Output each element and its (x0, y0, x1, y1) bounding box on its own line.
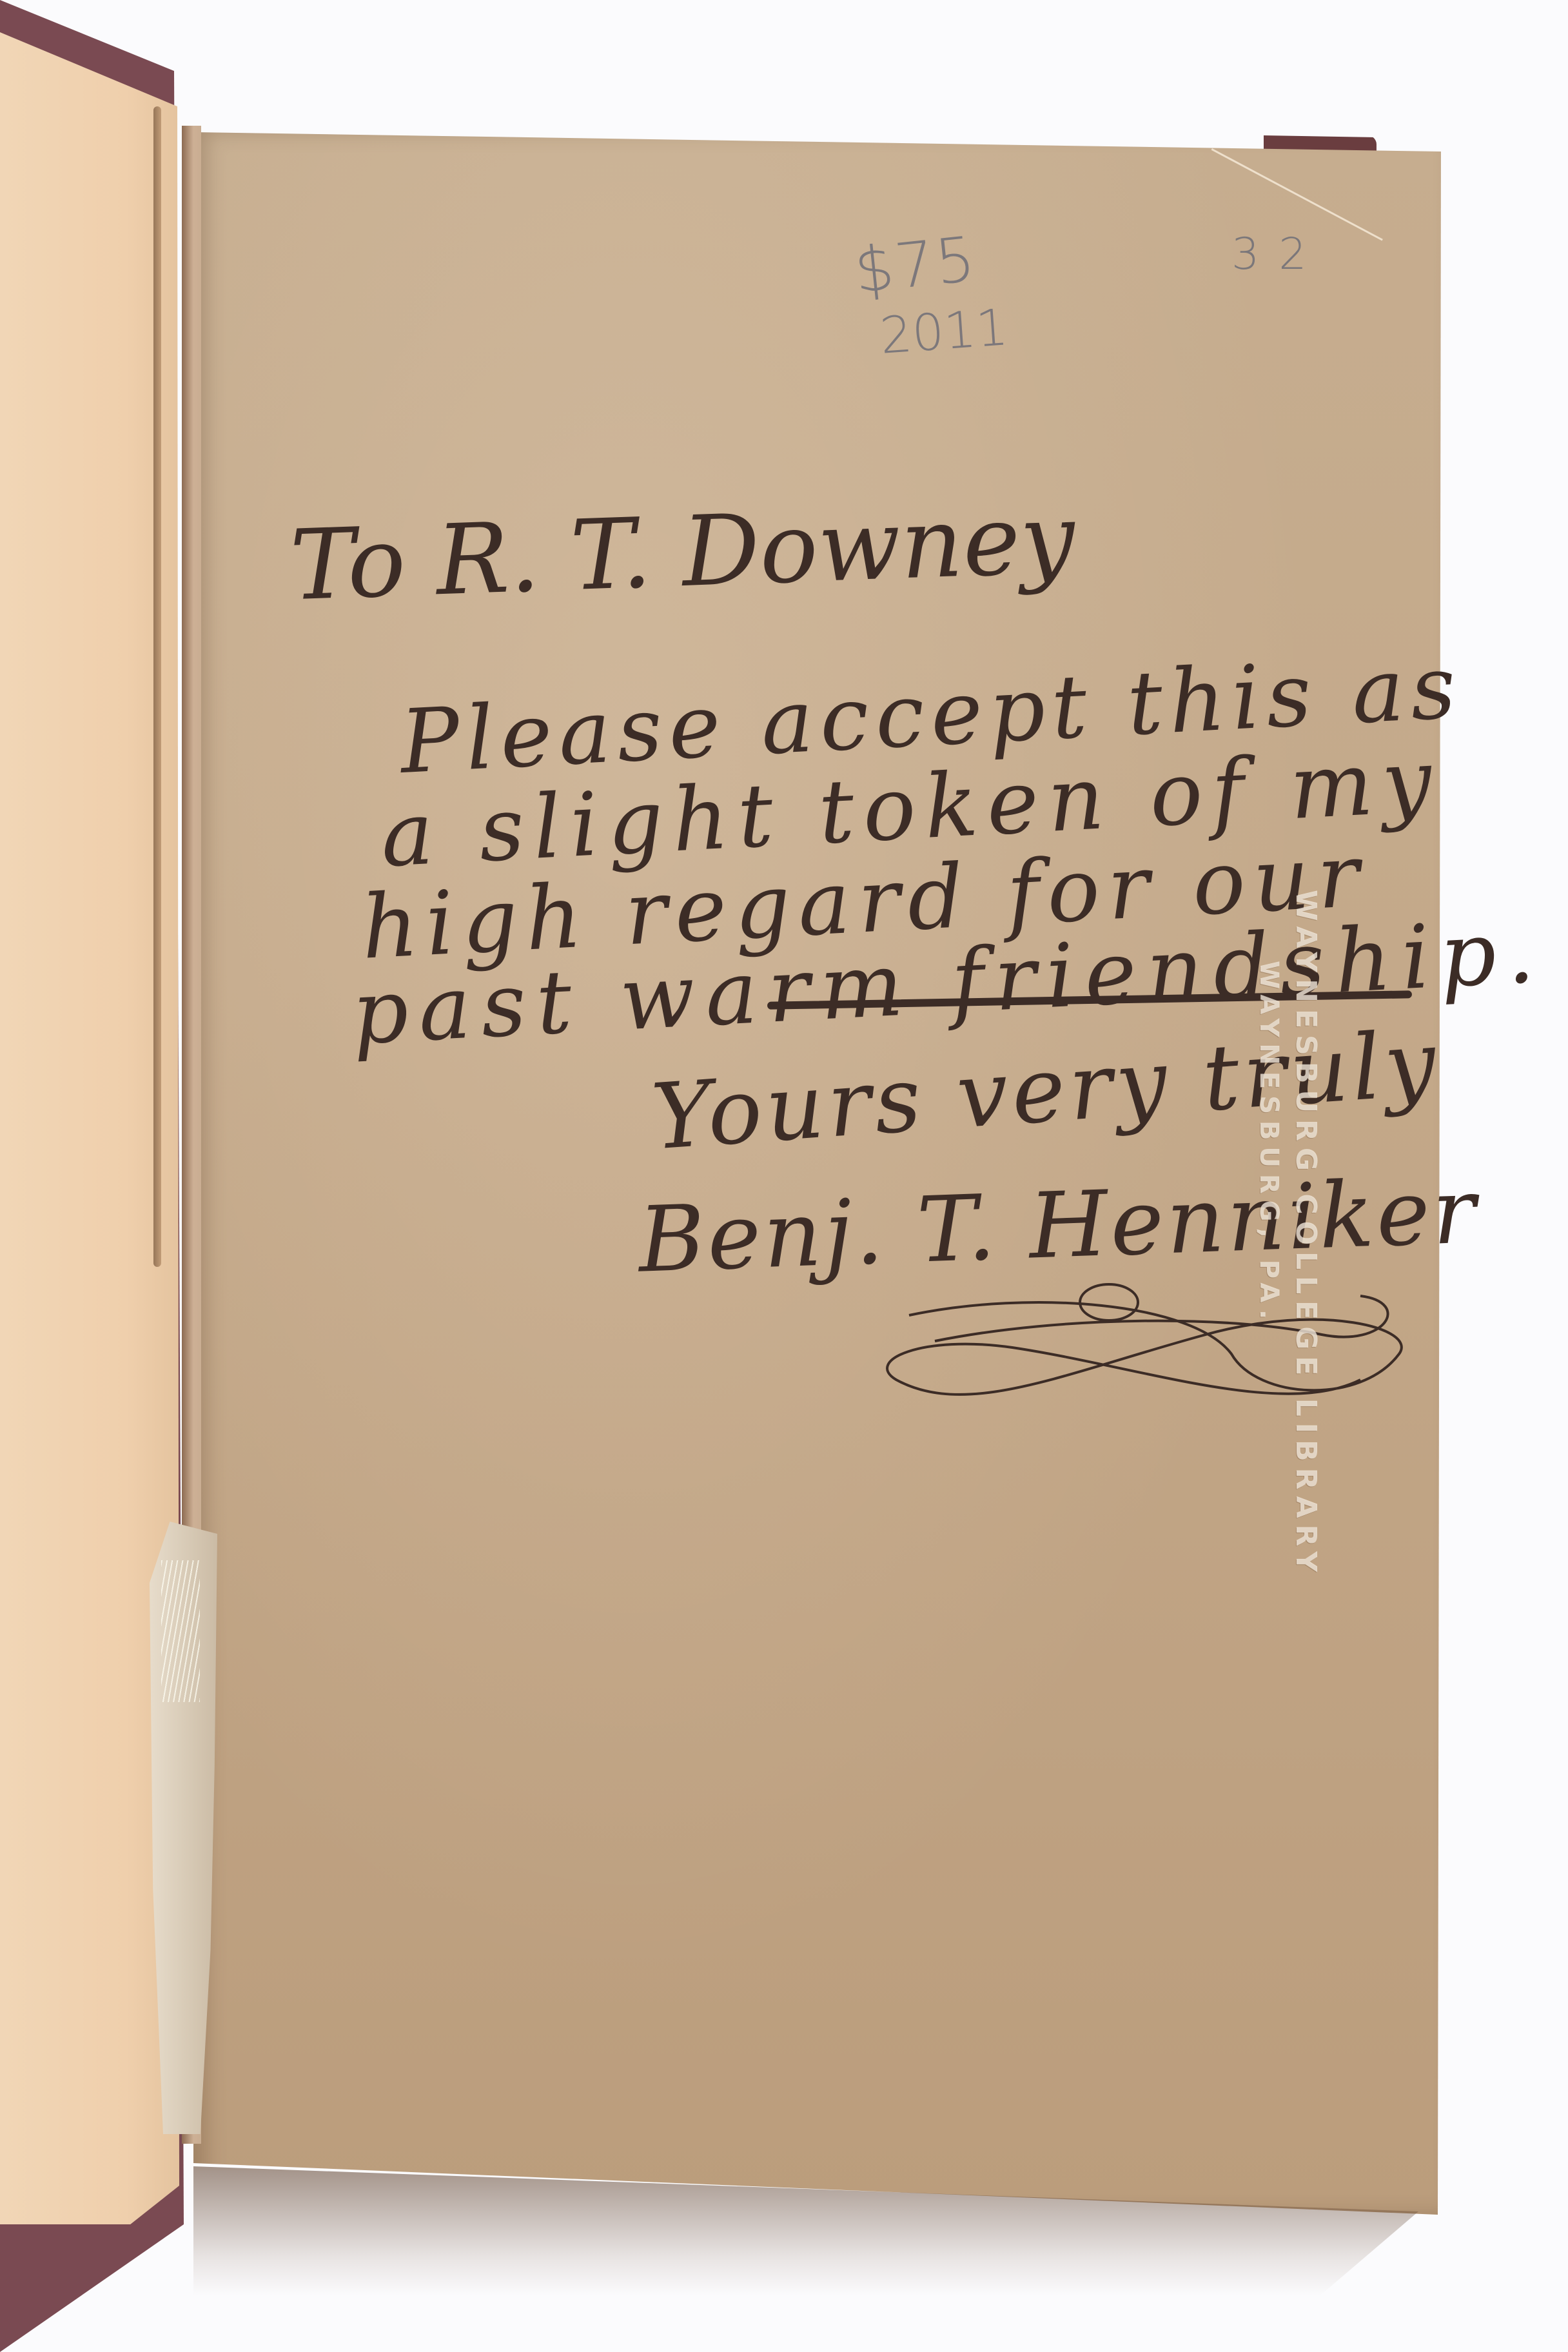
hinge-tear (153, 106, 161, 1267)
exposed-binding-threads (161, 1560, 200, 1702)
pencil-code: 2011 (878, 299, 1010, 366)
book-photo: $75 2011 32 To R. T. Downey Please accep… (0, 0, 1568, 2352)
library-stamp-line-1: WAYNESBURG COLLEGE LIBRARY (1289, 890, 1322, 1578)
pencil-price: $75 (851, 222, 980, 307)
pencil-page-number: 32 (1231, 229, 1326, 280)
library-stamp-line-2: WAYNESBURG, PA. (1254, 961, 1284, 1326)
signature-flourish-icon (870, 1277, 1425, 1444)
